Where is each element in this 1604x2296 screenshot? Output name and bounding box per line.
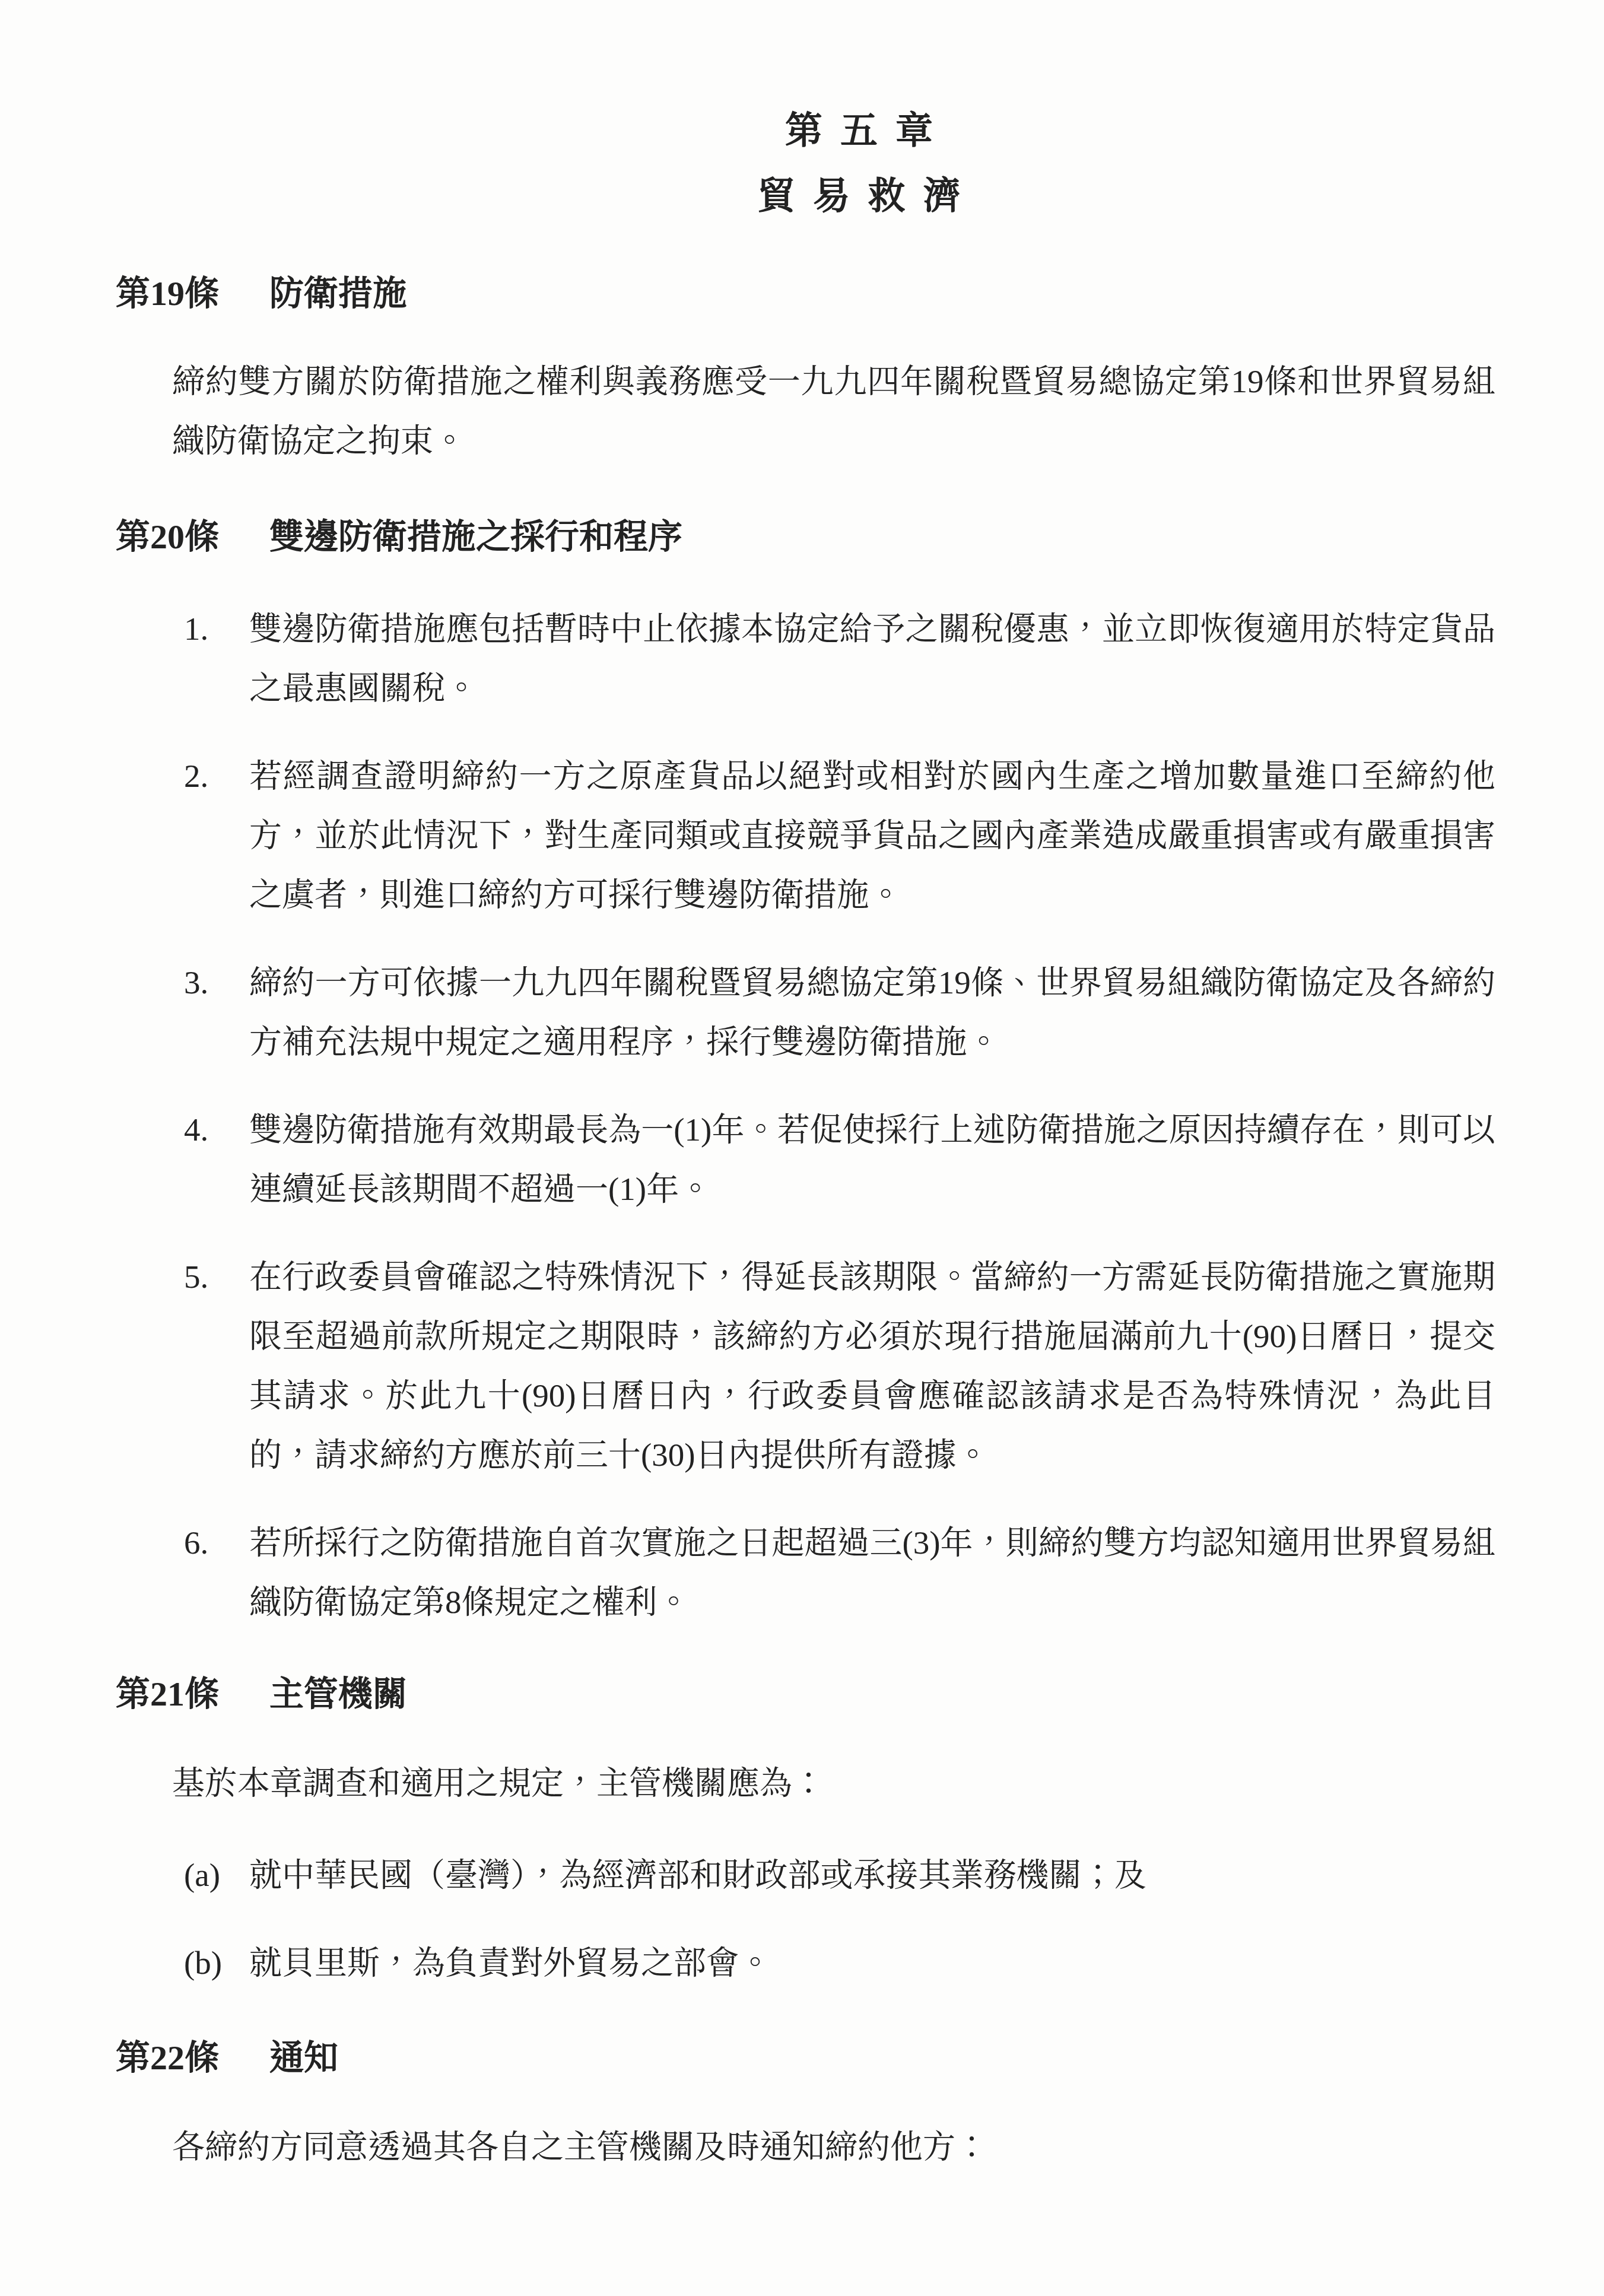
item-text: 若所採行之防衛措施自首次實施之日起超過三(3)年，則締約雙方均認知適用世界貿易組… xyxy=(249,1513,1495,1632)
article-paragraph: 締約雙方關於防衛措施之權利與義務應受一九九四年關稅暨貿易總協定第19條和世界貿易… xyxy=(172,352,1495,471)
chapter-title: 貿易救濟 xyxy=(240,163,1495,228)
article-paragraph: 基於本章調查和適用之規定，主管機關應為： xyxy=(172,1754,1495,1813)
article-label: 第22條 xyxy=(116,2028,219,2088)
item-number: (b) xyxy=(184,1933,249,1993)
list-item: 4. 雙邊防衛措施有效期最長為一(1)年。若促使採行上述防衛措施之原因持續存在，… xyxy=(184,1100,1495,1219)
list-item: 1. 雙邊防衛措施應包括暫時中止依據本協定給予之關稅優惠，並立即恢復適用於特定貨… xyxy=(184,599,1495,718)
article-paragraph: 各締約方同意透過其各自之主管機關及時通知締約他方： xyxy=(172,2117,1495,2177)
article-heading: 第22條 通知 xyxy=(116,2028,1495,2088)
article-heading: 第21條 主管機關 xyxy=(116,1665,1495,1724)
chapter-heading: 第五章 貿易救濟 xyxy=(116,98,1495,228)
item-number: 5. xyxy=(184,1247,249,1485)
article-title: 通知 xyxy=(269,2028,338,2088)
item-text: 雙邊防衛措施有效期最長為一(1)年。若促使採行上述防衛措施之原因持續存在，則可以… xyxy=(249,1100,1495,1219)
item-text: 雙邊防衛措施應包括暫時中止依據本協定給予之關稅優惠，並立即恢復適用於特定貨品之最… xyxy=(249,599,1495,718)
list-item: 5. 在行政委員會確認之特殊情況下，得延長該期限。當締約一方需延長防衛措施之實施… xyxy=(184,1247,1495,1485)
item-text: 締約一方可依據一九九四年關稅暨貿易總協定第19條、世界貿易組織防衛協定及各締約方… xyxy=(249,953,1495,1072)
list-item: 2. 若經調查證明締約一方之原產貨品以絕對或相對於國內生產之增加數量進口至締約他… xyxy=(184,747,1495,925)
item-number: 4. xyxy=(184,1100,249,1219)
document-page: 第五章 貿易救濟 第19條 防衛措施 締約雙方關於防衛措施之權利與義務應受一九九… xyxy=(0,0,1604,2296)
article-title: 雙邊防衛措施之採行和程序 xyxy=(269,507,682,567)
item-number: 1. xyxy=(184,599,249,718)
article-title: 防衛措施 xyxy=(269,264,407,323)
item-text: 就中華民國（臺灣），為經濟部和財政部或承接其業務機關；及 xyxy=(249,1846,1495,1905)
list-item: 6. 若所採行之防衛措施自首次實施之日起超過三(3)年，則締約雙方均認知適用世界… xyxy=(184,1513,1495,1632)
article-19-section: 第19條 防衛措施 締約雙方關於防衛措施之權利與義務應受一九九四年關稅暨貿易總協… xyxy=(116,264,1495,471)
item-number: 6. xyxy=(184,1513,249,1632)
article-label: 第20條 xyxy=(116,507,219,567)
article-label: 第21條 xyxy=(116,1665,219,1724)
item-number: 2. xyxy=(184,747,249,925)
article-20-section: 第20條 雙邊防衛措施之採行和程序 1. 雙邊防衛措施應包括暫時中止依據本協定給… xyxy=(116,507,1495,1632)
list-item: 3. 締約一方可依據一九九四年關稅暨貿易總協定第19條、世界貿易組織防衛協定及各… xyxy=(184,953,1495,1072)
list-item: (b) 就貝里斯，為負責對外貿易之部會。 xyxy=(184,1933,1495,1993)
item-number: 3. xyxy=(184,953,249,1072)
article-label: 第19條 xyxy=(116,264,219,323)
article-heading: 第19條 防衛措施 xyxy=(116,264,1495,323)
article-21-section: 第21條 主管機關 基於本章調查和適用之規定，主管機關應為： (a) 就中華民國… xyxy=(116,1665,1495,1993)
numbered-clause-list: 1. 雙邊防衛措施應包括暫時中止依據本協定給予之關稅優惠，並立即恢復適用於特定貨… xyxy=(184,599,1495,1632)
lettered-clause-list: (a) 就中華民國（臺灣），為經濟部和財政部或承接其業務機關；及 (b) 就貝里… xyxy=(184,1846,1495,1993)
item-text: 在行政委員會確認之特殊情況下，得延長該期限。當締約一方需延長防衛措施之實施期限至… xyxy=(249,1247,1495,1485)
item-text: 就貝里斯，為負責對外貿易之部會。 xyxy=(249,1933,1495,1993)
list-item: (a) 就中華民國（臺灣），為經濟部和財政部或承接其業務機關；及 xyxy=(184,1846,1495,1905)
item-number: (a) xyxy=(184,1846,249,1905)
chapter-number: 第五章 xyxy=(240,98,1495,163)
article-title: 主管機關 xyxy=(269,1665,407,1724)
article-heading: 第20條 雙邊防衛措施之採行和程序 xyxy=(116,507,1495,567)
article-22-section: 第22條 通知 各締約方同意透過其各自之主管機關及時通知締約他方： xyxy=(116,2028,1495,2177)
item-text: 若經調查證明締約一方之原產貨品以絕對或相對於國內生產之增加數量進口至締約他方，並… xyxy=(249,747,1495,925)
